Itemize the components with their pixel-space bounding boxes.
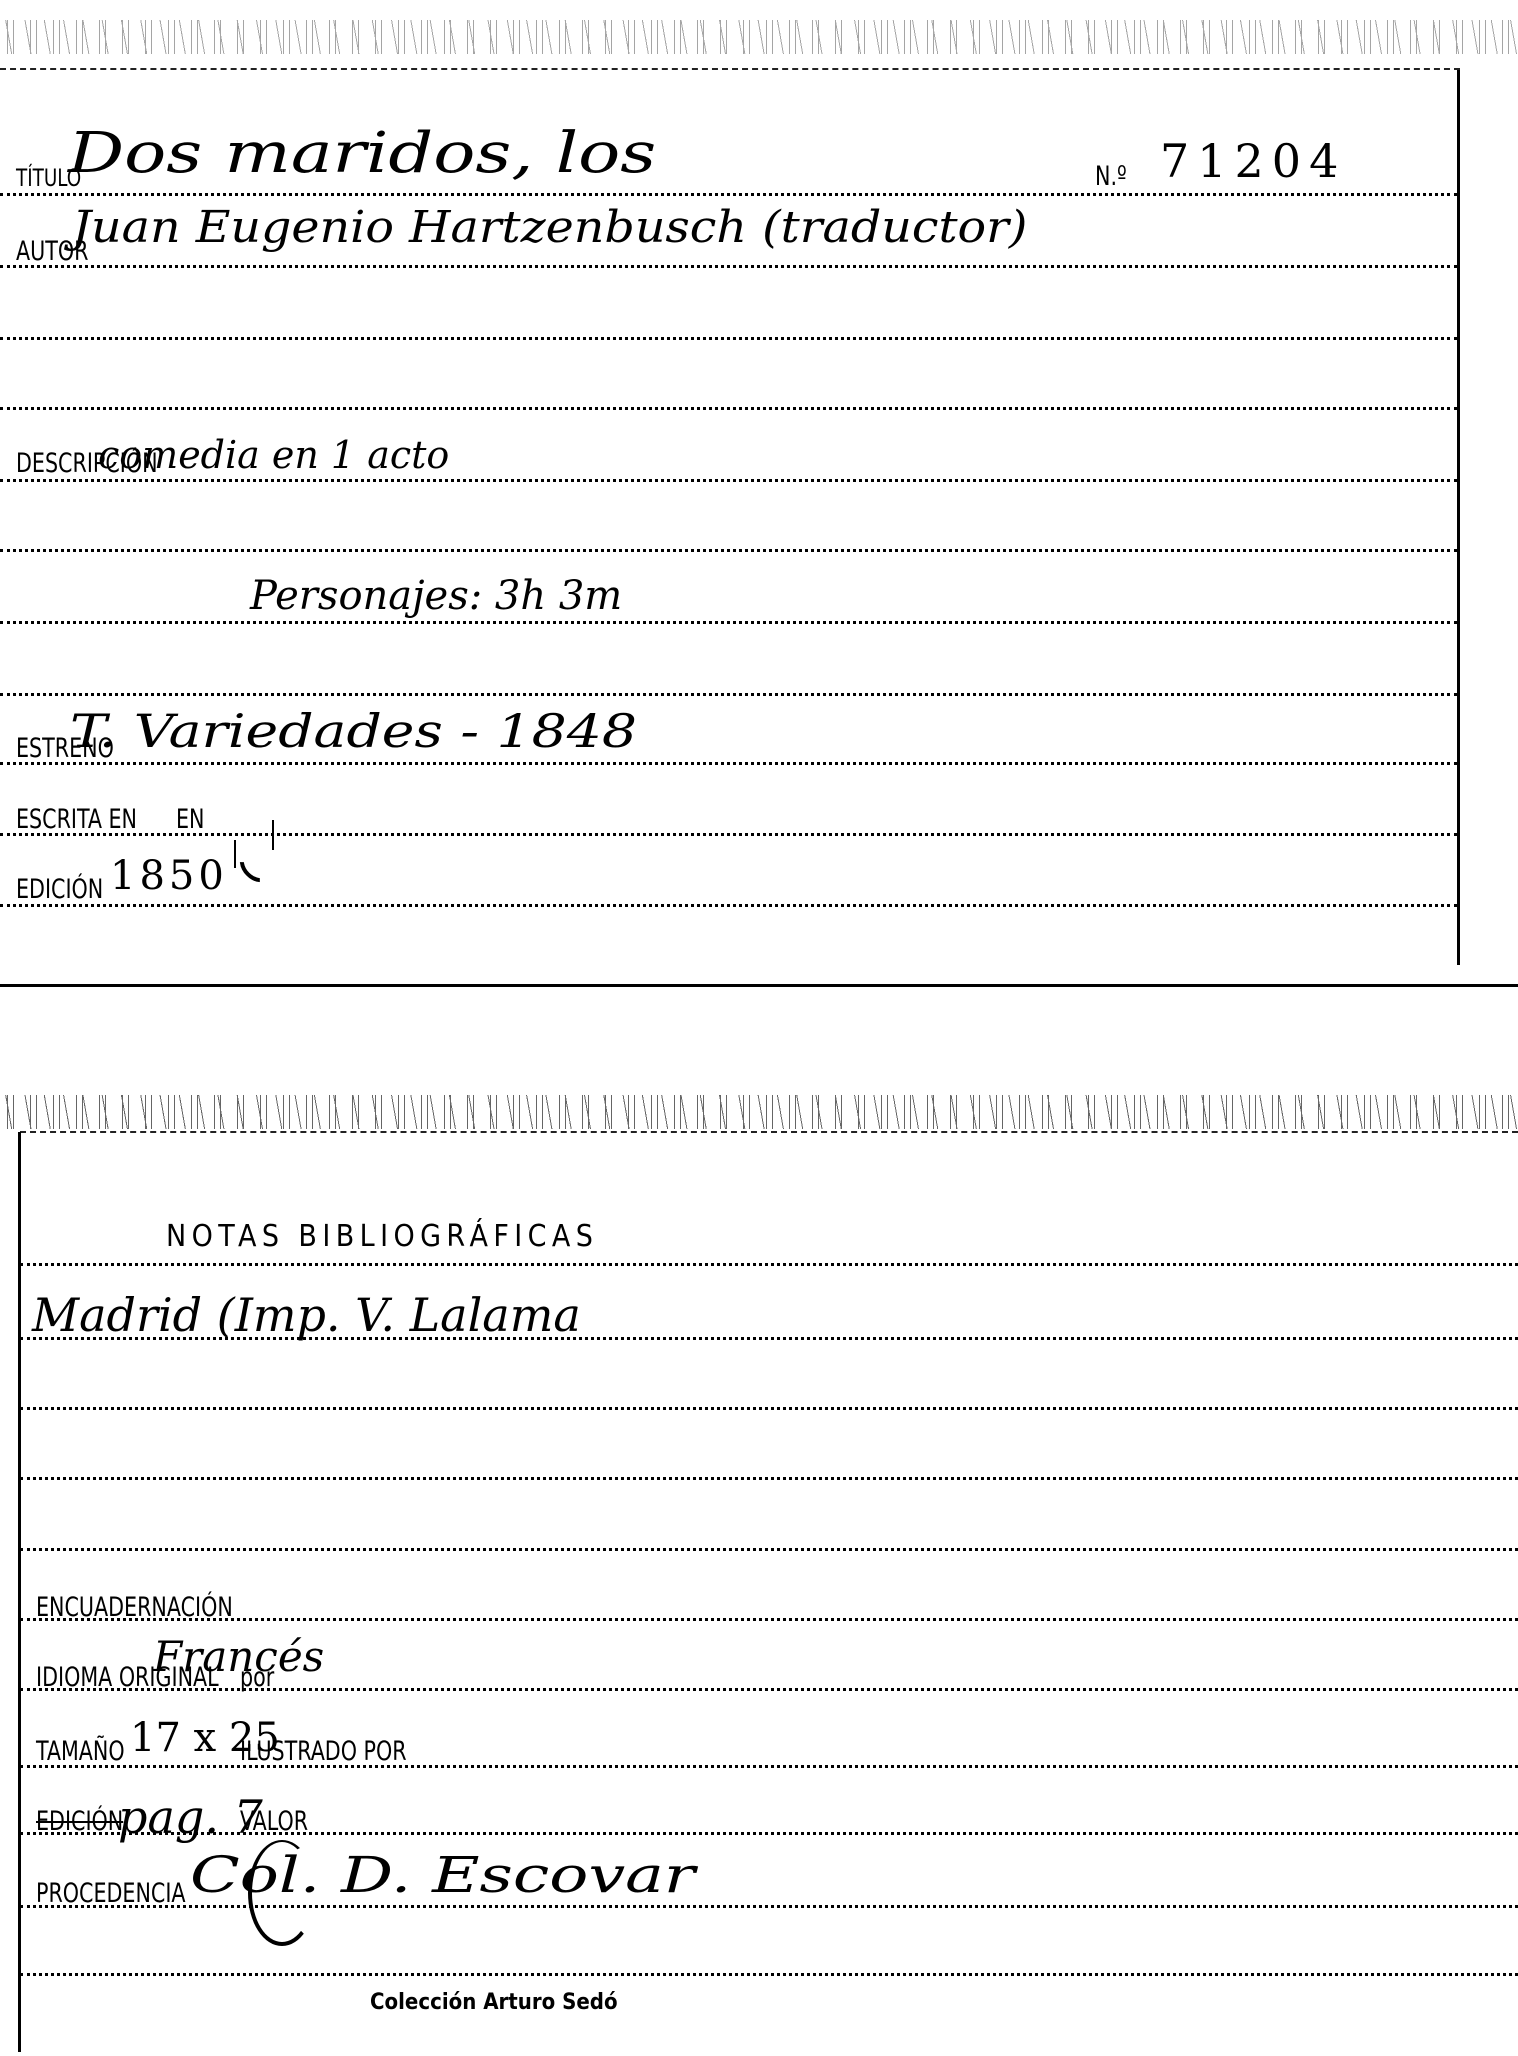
rule-line bbox=[0, 479, 1457, 482]
rule-line bbox=[20, 1263, 1518, 1266]
notas-heading: NOTAS BIBLIOGRÁFICAS bbox=[166, 1219, 598, 1254]
procedencia-label: PROCEDENCIA bbox=[36, 1880, 186, 1907]
valor-label: VALOR bbox=[240, 1808, 308, 1835]
descripcion-value: comedia en 1 acto bbox=[98, 436, 449, 474]
card-front-right-border bbox=[1457, 70, 1460, 965]
rule-line bbox=[20, 1477, 1518, 1480]
rule-line bbox=[0, 693, 1457, 696]
notes-line-1: Madrid (Imp. V. Lalama bbox=[32, 1292, 581, 1338]
numero-label: N.º bbox=[1095, 163, 1127, 190]
rule-line bbox=[20, 1548, 1518, 1551]
titulo-value: Dos maridos, los bbox=[68, 126, 656, 182]
rule-line bbox=[0, 904, 1457, 907]
rule-line bbox=[0, 762, 1457, 765]
edicion-value: 1850 bbox=[110, 856, 228, 896]
collection-footer: Colección Arturo Sedó bbox=[370, 1990, 618, 2015]
rule-line bbox=[0, 407, 1457, 410]
card-back-top-edge bbox=[20, 1131, 1518, 1133]
estreno-value: T. Variedades - 1848 bbox=[70, 708, 637, 754]
rule-line bbox=[20, 1973, 1518, 1976]
encuadernacion-label: ENCUADERNACIÓN bbox=[36, 1594, 233, 1621]
edicion-struck-label: EDICIÓN bbox=[36, 1808, 123, 1835]
tamano-label: TAMAÑO bbox=[36, 1738, 125, 1765]
scan-noise-bottom bbox=[0, 1095, 1518, 1129]
card-back-left-border bbox=[18, 1132, 21, 2052]
page-separator bbox=[0, 984, 1518, 987]
personajes-value: Personajes: 3h 3m bbox=[250, 576, 622, 616]
rule-line bbox=[20, 1407, 1518, 1410]
card-front-top-edge bbox=[0, 68, 1460, 70]
idioma-original-value: Francés bbox=[153, 1636, 324, 1678]
scan-noise-top bbox=[0, 20, 1518, 54]
autor-value: Juan Eugenio Hartzenbusch (traductor) bbox=[72, 206, 1027, 250]
ilustrado-por-label: ILUSTRADO POR bbox=[240, 1738, 407, 1765]
rule-line bbox=[20, 1905, 1518, 1908]
rule-line bbox=[20, 1618, 1518, 1621]
en-label: EN bbox=[176, 806, 204, 833]
rule-line bbox=[0, 833, 1457, 836]
rule-line bbox=[0, 337, 1457, 340]
rule-line bbox=[0, 265, 1457, 268]
rule-line bbox=[0, 621, 1457, 624]
rule-line bbox=[0, 549, 1457, 552]
stamp-mark bbox=[272, 820, 274, 850]
edicion-label: EDICIÓN bbox=[16, 876, 103, 903]
por-label: por bbox=[240, 1664, 274, 1691]
rule-line bbox=[0, 193, 1457, 196]
stamp-mark bbox=[234, 840, 236, 868]
numero-value: 71204 bbox=[1160, 138, 1346, 184]
escrita-en-label: ESCRITA EN bbox=[16, 806, 137, 833]
stamp-circle bbox=[248, 1840, 316, 1946]
